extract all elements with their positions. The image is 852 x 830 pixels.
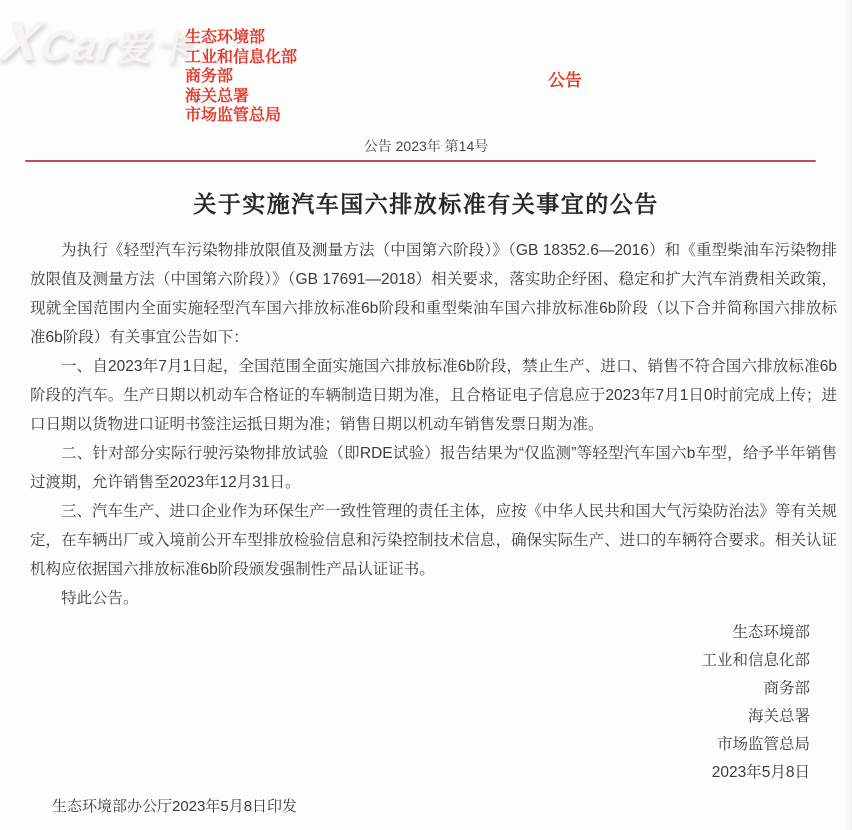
department-line: 生态环境部 xyxy=(185,28,297,48)
header-divider-rule xyxy=(25,160,816,162)
body-paragraph: 二、针对部分实际行驶污染物排放试验（即RDE试验）报告结果为“仅监测”等轻型汽车… xyxy=(30,439,837,497)
department-line: 工业和信息化部 xyxy=(185,48,297,68)
issue-number: 公告 2023年 第14号 xyxy=(0,136,852,156)
issuing-departments-list: 生态环境部 工业和信息化部 商务部 海关总署 市场监管总局 xyxy=(185,28,297,126)
print-issuance-note: 生态环境部办公厅2023年5月8日印发 xyxy=(52,792,297,821)
body-paragraph: 三、汽车生产、进口企业作为环保生产一致性管理的责任主体，应按《中华人民共和国大气… xyxy=(30,497,837,584)
signature-agency: 生态环境部 xyxy=(701,619,810,647)
announcement-page: XCar爱卡 生态环境部 工业和信息化部 商务部 海关总署 市场监管总局 公告 … xyxy=(0,0,852,830)
signature-agency: 海关总署 xyxy=(701,703,810,731)
xcar-watermark-logo: XCar爱卡 xyxy=(0,12,203,71)
signature-date: 2023年5月8日 xyxy=(701,759,810,787)
doc-type-label: 公告 xyxy=(548,66,582,91)
page-title: 关于实施汽车国六排放标准有关事宜的公告 xyxy=(0,186,852,219)
announcement-body: 为执行《轻型汽车污染物排放限值及测量方法（中国第六阶段）》（GB 18352.6… xyxy=(30,236,837,613)
watermark-latin-text: Car xyxy=(37,22,121,69)
body-paragraph-closing: 特此公告。 xyxy=(30,584,837,613)
signature-agency: 工业和信息化部 xyxy=(701,647,810,675)
department-line: 商务部 xyxy=(185,67,297,87)
body-paragraph: 一、自2023年7月1日起，全国范围全面实施国六排放标准6b阶段，禁止生产、进口… xyxy=(30,352,837,439)
body-paragraph: 为执行《轻型汽车污染物排放限值及测量方法（中国第六阶段）》（GB 18352.6… xyxy=(30,236,837,352)
department-line: 市场监管总局 xyxy=(185,106,297,126)
signature-agency: 市场监管总局 xyxy=(701,731,810,759)
signature-block: 生态环境部 工业和信息化部 商务部 海关总署 市场监管总局 2023年5月8日 xyxy=(701,619,810,787)
signature-agency: 商务部 xyxy=(701,675,810,703)
department-line: 海关总署 xyxy=(185,87,297,107)
